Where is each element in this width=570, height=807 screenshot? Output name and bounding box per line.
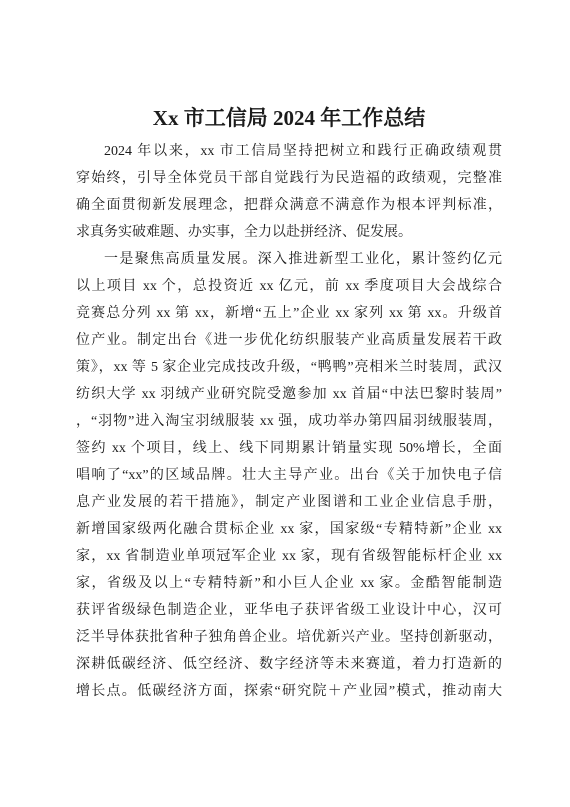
text-line: 家，xx 省制造业单项冠军企业 xx 家，现有省级智能标杆企业 xx xyxy=(76,543,502,570)
text-line: 增长点。低碳经济方面，探索“研究院＋产业园”模式，推动南大 xyxy=(76,678,502,705)
text-line: 一是聚焦高质量发展。深入推进新型工业化，累计签约亿元 xyxy=(76,246,502,273)
text-line: 以上项目 xx 个，总投资近 xx 亿元，前 xx 季度项目大会战综合 xyxy=(76,273,502,300)
text-line: 求真务实破难题、办实事，全力以赴拼经济、促发展。 xyxy=(76,219,502,246)
text-line: 唱响了“xx”的区域品牌。壮大主导产业。出台《关于加快电子信 xyxy=(76,462,502,489)
text-line: 家，省级及以上“专精特新”和小巨人企业 xx 家。金酷智能制造 xyxy=(76,570,502,597)
text-line: 位产业。制定出台《进一步优化纺织服装产业高质量发展若干政 xyxy=(76,327,502,354)
document-title: Xx 市工信局 2024 年工作总结 xyxy=(76,103,502,133)
text-line: 签约 xx 个项目，线上、线下同期累计销量实现 50%增长，全面 xyxy=(76,435,502,462)
document-body: 2024 年以来，xx 市工信局坚持把树立和践行正确政绩观贯 穿始终，引导全体党… xyxy=(76,138,502,705)
text-line: 息产业发展的若干措施》，制定产业图谱和工业企业信息手册， xyxy=(76,489,502,516)
text-line: 2024 年以来，xx 市工信局坚持把树立和践行正确政绩观贯 xyxy=(76,138,502,165)
document-page: Xx 市工信局 2024 年工作总结 2024 年以来，xx 市工信局坚持把树立… xyxy=(0,0,570,807)
text-line: 获评省级绿色制造企业，亚华电子获评省级工业设计中心，汉可 xyxy=(76,597,502,624)
text-line: 纺织大学 xx 羽绒产业研究院受邀参加 xx 首届“中法巴黎时装周” xyxy=(76,381,502,408)
text-line: 确全面贯彻新发展理念，把群众满意不满意作为根本评判标准， xyxy=(76,192,502,219)
text-line: 新增国家级两化融合贯标企业 xx 家，国家级“专精特新”企业 xx xyxy=(76,516,502,543)
text-line: ，“羽物”进入淘宝羽绒服装 xx 强，成功举办第四届羽绒服装周， xyxy=(76,408,502,435)
text-line: 深耕低碳经济、低空经济、数字经济等未来赛道，着力打造新的 xyxy=(76,651,502,678)
text-line: 泛半导体获批省种子独角兽企业。培优新兴产业。坚持创新驱动， xyxy=(76,624,502,651)
text-line: 穿始终，引导全体党员干部自觉践行为民造福的政绩观，完整准 xyxy=(76,165,502,192)
text-line: 竞赛总分列 xx 第 xx，新增“五上”企业 xx 家列 xx 第 xx。升级首 xyxy=(76,300,502,327)
text-line: 策》，xx 等 5 家企业完成技改升级，“鸭鸭”亮相米兰时装周，武汉 xyxy=(76,354,502,381)
